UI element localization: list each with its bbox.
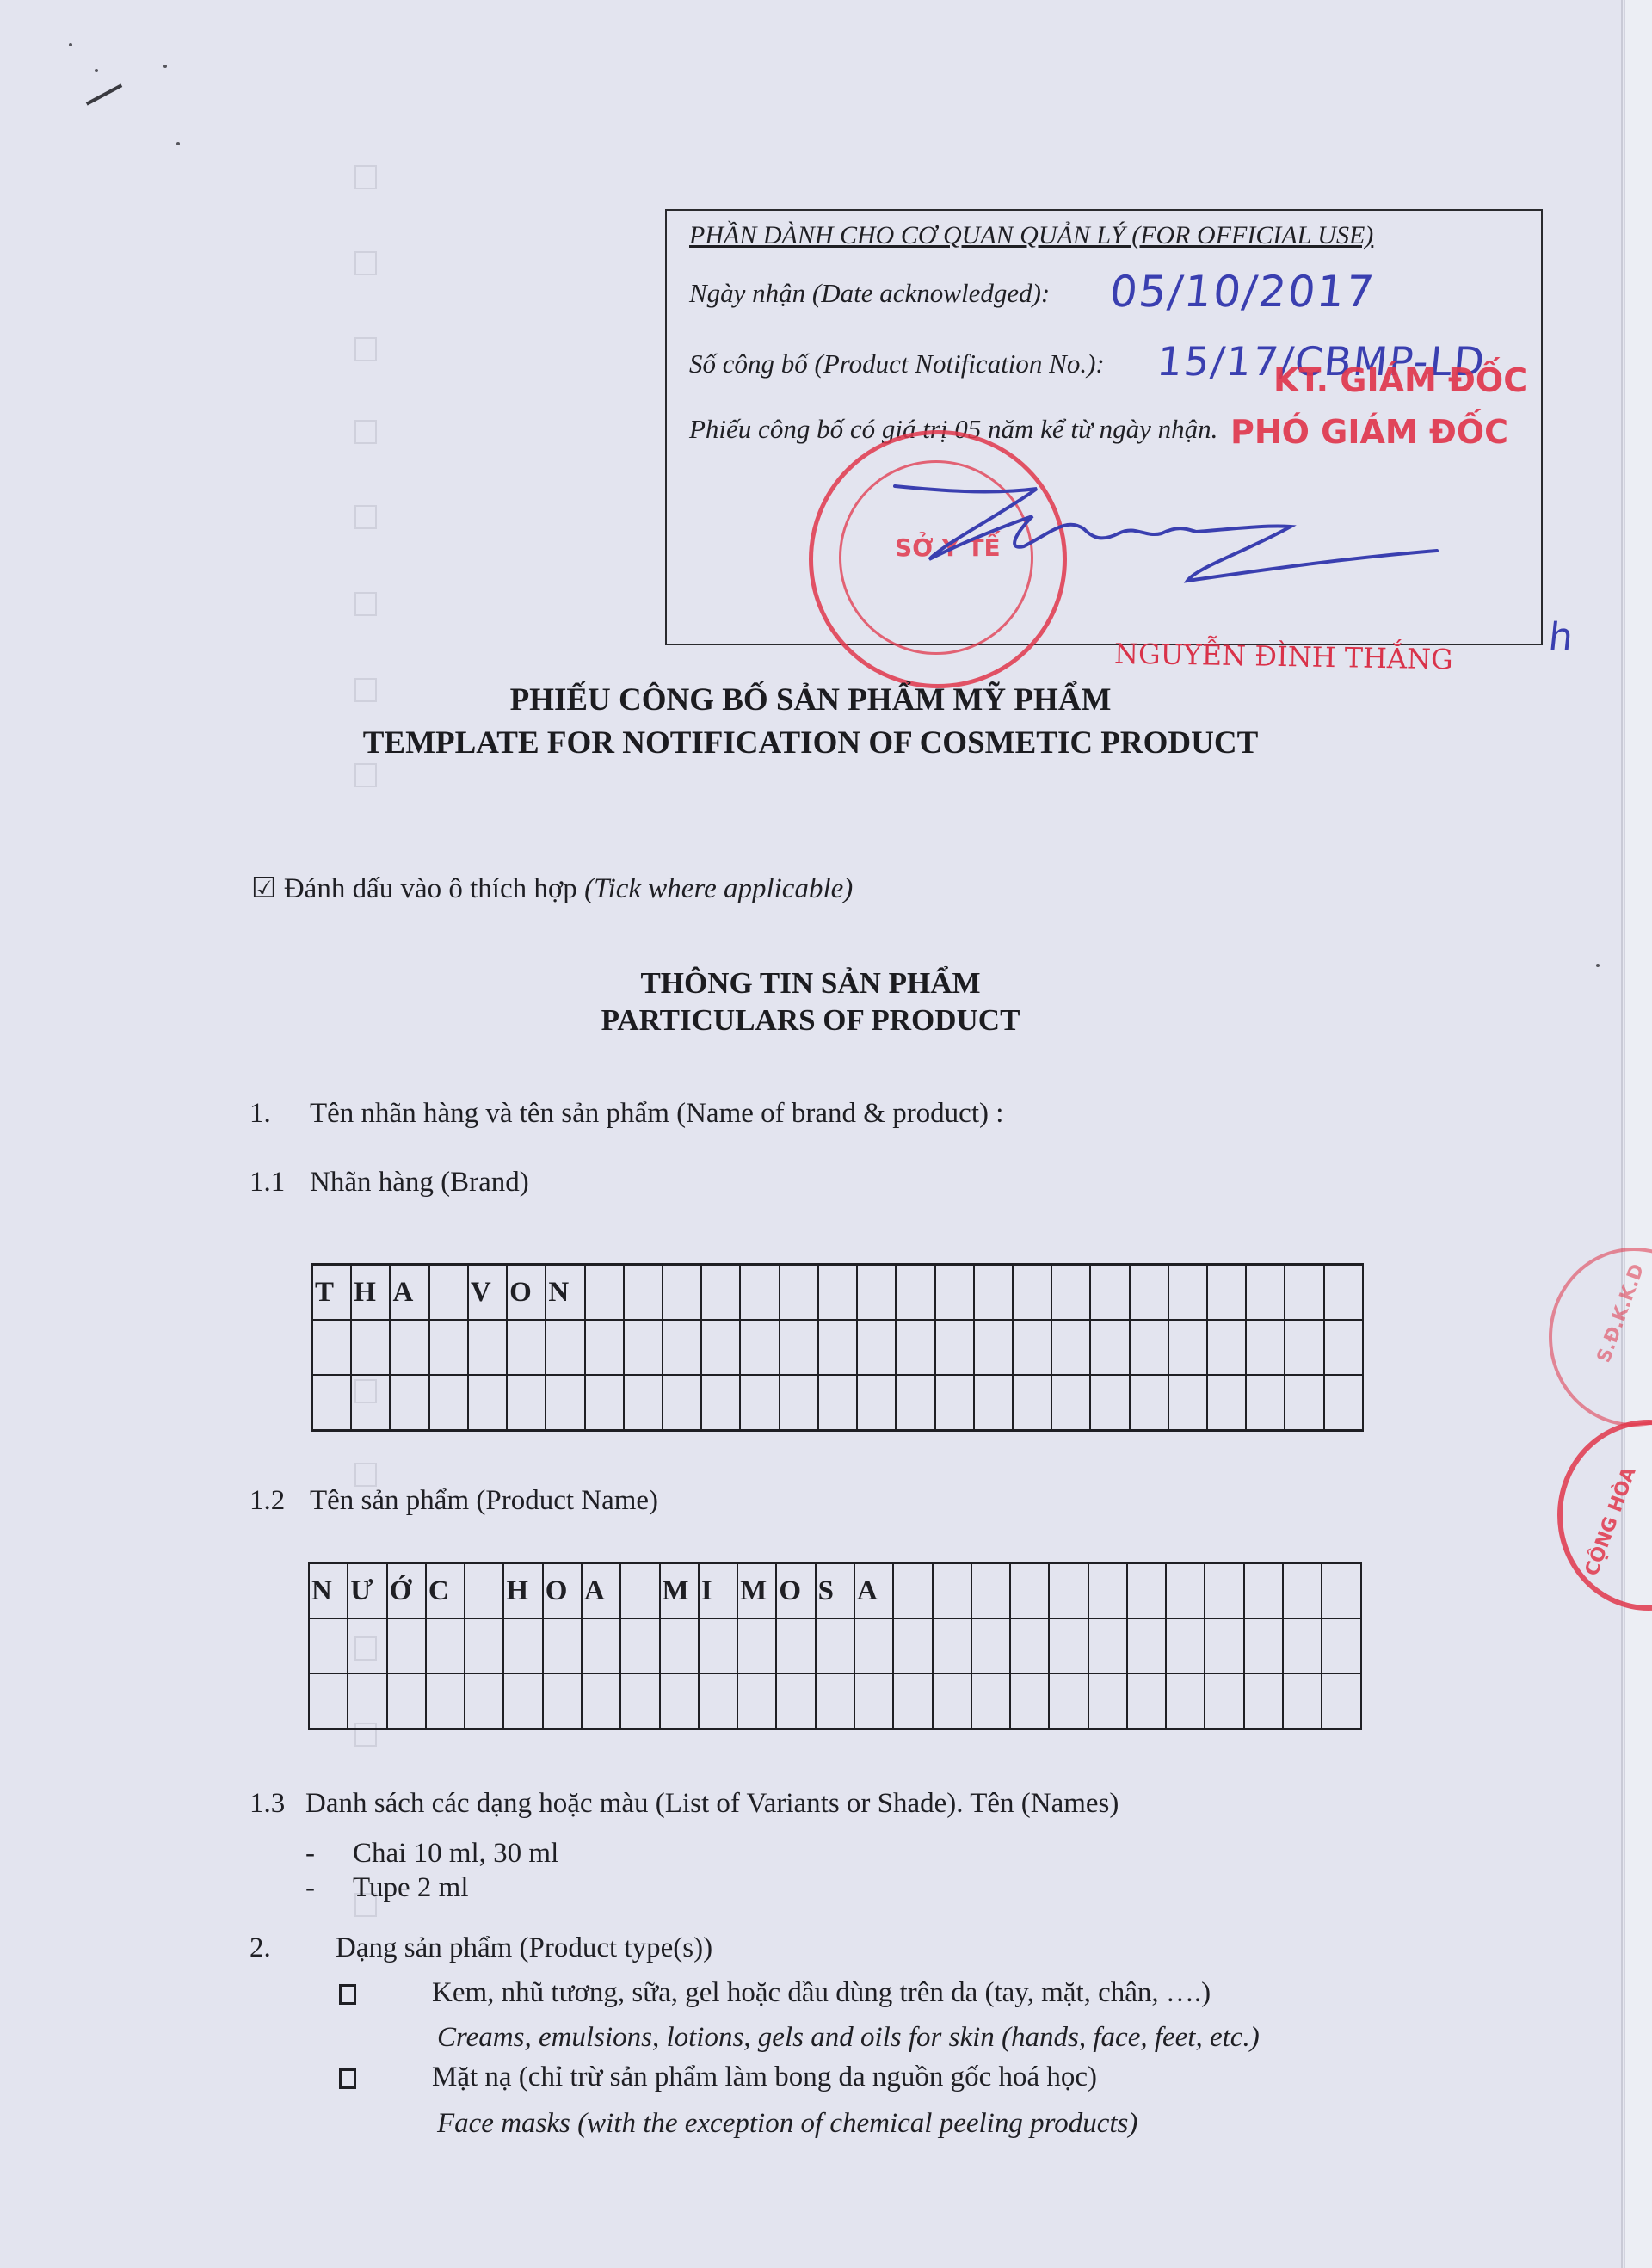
product-grid-cell[interactable] (426, 1618, 465, 1673)
item-1-1-number: 1.1 (250, 1167, 285, 1199)
brand-grid-cell[interactable] (1090, 1265, 1129, 1321)
margin-initial: h (1546, 615, 1576, 659)
brand-grid-cell[interactable] (974, 1265, 1013, 1321)
brand-grid-cell[interactable] (1207, 1265, 1246, 1321)
brand-grid-cell[interactable] (974, 1320, 1013, 1375)
product-grid-cell[interactable]: H (503, 1563, 542, 1619)
brand-grid-cell[interactable] (701, 1375, 740, 1431)
item-1-2-label: Tên sản phẩm (Product Name) (310, 1485, 658, 1517)
date-acknowledged-label: Ngày nhận (Date acknowledged): (689, 278, 1050, 309)
product-grid-cell[interactable]: Ớ (387, 1563, 426, 1619)
product-grid-cell[interactable] (933, 1618, 971, 1673)
product-grid-cell[interactable] (348, 1673, 386, 1729)
product-grid-cell[interactable] (854, 1673, 893, 1729)
product-grid-cell[interactable] (1322, 1673, 1361, 1729)
brand-grid-cell[interactable]: N (546, 1265, 584, 1321)
page-edge (1624, 0, 1652, 2268)
brand-grid-cell[interactable] (857, 1265, 896, 1321)
item-1-label: Tên nhãn hàng và tên sản phẩm (Name of b… (310, 1098, 1003, 1130)
brand-grid-cell[interactable] (1246, 1265, 1285, 1321)
product-grid-cell[interactable]: O (543, 1563, 582, 1619)
brand-grid-cell[interactable] (896, 1265, 934, 1321)
brand-grid-cell[interactable] (585, 1375, 624, 1431)
brand-grid-cell[interactable] (507, 1375, 546, 1431)
product-grid-cell[interactable] (543, 1618, 582, 1673)
product-grid-cell[interactable] (660, 1618, 699, 1673)
item-1-1-label: Nhãn hàng (Brand) (310, 1167, 529, 1199)
official-use-heading: PHẦN DÀNH CHO CƠ QUAN QUẢN LÝ (FOR OFFIC… (689, 221, 1373, 250)
product-grid-cell[interactable] (620, 1618, 659, 1673)
product-grid-cell[interactable]: A (854, 1563, 893, 1619)
product-grid-cell[interactable] (620, 1563, 659, 1619)
brand-grid-cell[interactable] (1285, 1375, 1323, 1431)
tick-note-en: (Tick where applicable) (584, 873, 853, 904)
brand-grid-cell[interactable] (390, 1320, 428, 1375)
product-grid-cell[interactable] (1283, 1673, 1322, 1729)
brand-grid-cell[interactable] (857, 1375, 896, 1431)
brand-grid-cell[interactable] (740, 1265, 779, 1321)
brand-grid-cell[interactable]: H (351, 1265, 390, 1321)
product-grid-cell[interactable] (1205, 1618, 1243, 1673)
brand-grid-cell[interactable] (1130, 1265, 1168, 1321)
brand-grid-cell[interactable] (780, 1320, 818, 1375)
brand-grid-cell[interactable] (857, 1320, 896, 1375)
product-grid-row (309, 1673, 1361, 1729)
item-2-number: 2. (250, 1932, 271, 1964)
product-grid-cell[interactable]: A (582, 1563, 620, 1619)
item-1-3-label: Danh sách các dạng hoặc màu (List of Var… (305, 1788, 1119, 1820)
brand-grid-cell[interactable] (780, 1265, 818, 1321)
brand-grid-cell[interactable] (507, 1320, 546, 1375)
product-grid-cell[interactable] (348, 1618, 386, 1673)
item-2-label: Dạng sản phẩm (Product type(s)) (336, 1932, 712, 1964)
product-grid-cell[interactable] (503, 1618, 542, 1673)
product-grid-cell[interactable] (465, 1673, 503, 1729)
brand-grid-cell[interactable] (780, 1375, 818, 1431)
product-grid-cell[interactable] (1244, 1618, 1283, 1673)
brand-grid-cell[interactable] (663, 1320, 701, 1375)
product-grid-cell[interactable] (776, 1618, 815, 1673)
brand-grid-cell[interactable] (1130, 1375, 1168, 1431)
item-1-2-number: 1.2 (250, 1485, 285, 1517)
brand-grid-cell[interactable]: T (312, 1265, 351, 1321)
product-grid-cell[interactable] (1088, 1618, 1127, 1673)
brand-name-grid[interactable]: THAVON (311, 1263, 1364, 1432)
product-grid-cell[interactable]: M (660, 1563, 699, 1619)
signatory-name: NGUYỄN ĐÌNH THẮNG (1114, 638, 1453, 676)
brand-grid-cell[interactable] (1207, 1320, 1246, 1375)
product-grid-cell[interactable]: C (426, 1563, 465, 1619)
product-grid-cell[interactable] (933, 1673, 971, 1729)
brand-grid-row: THAVON (312, 1265, 1363, 1321)
product-grid-cell[interactable] (582, 1673, 620, 1729)
product-grid-cell[interactable] (1088, 1563, 1127, 1619)
product-grid-cell[interactable] (1283, 1563, 1322, 1619)
punch-dot (163, 65, 167, 68)
brand-grid-row (312, 1375, 1363, 1431)
brand-grid-cell[interactable] (585, 1320, 624, 1375)
product-grid-cell[interactable] (776, 1673, 815, 1729)
brand-grid-cell[interactable] (1324, 1375, 1363, 1431)
product-name-grid[interactable]: NƯỚCHOAMIMOSA (308, 1562, 1362, 1730)
brand-grid-cell[interactable] (429, 1265, 468, 1321)
brand-grid-cell[interactable] (663, 1265, 701, 1321)
brand-grid-cell[interactable]: O (507, 1265, 546, 1321)
product-grid-cell[interactable] (1127, 1618, 1166, 1673)
variant-item: Chai 10 ml, 30 ml (353, 1838, 558, 1870)
brand-grid-cell[interactable] (818, 1265, 857, 1321)
brand-grid-cell[interactable] (1246, 1375, 1285, 1431)
brand-grid-row (312, 1320, 1363, 1375)
product-type-checkbox-face-masks[interactable] (339, 2068, 356, 2089)
product-grid-cell[interactable] (699, 1618, 737, 1673)
brand-grid-cell[interactable] (546, 1375, 584, 1431)
brand-grid-cell[interactable] (896, 1320, 934, 1375)
product-type-checkbox-creams[interactable] (339, 1984, 356, 2005)
brand-grid-cell[interactable] (1246, 1320, 1285, 1375)
product-grid-cell[interactable] (1049, 1563, 1088, 1619)
punch-dot (176, 142, 180, 145)
product-grid-cell[interactable] (1322, 1563, 1361, 1619)
product-grid-cell[interactable] (1127, 1673, 1166, 1729)
brand-grid-cell[interactable] (1324, 1265, 1363, 1321)
product-grid-cell[interactable] (465, 1563, 503, 1619)
product-grid-cell[interactable] (620, 1673, 659, 1729)
product-grid-cell[interactable] (933, 1563, 971, 1619)
variant-bullet: - (305, 1872, 315, 1904)
brand-grid-cell[interactable] (1013, 1320, 1051, 1375)
product-grid-cell[interactable]: M (737, 1563, 776, 1619)
product-grid-cell[interactable] (503, 1673, 542, 1729)
brand-grid-cell[interactable] (935, 1320, 974, 1375)
brand-grid-cell[interactable] (818, 1320, 857, 1375)
signatory-title-deputy: PHÓ GIÁM ĐỐC (1230, 413, 1508, 451)
brand-grid-cell[interactable] (1130, 1320, 1168, 1375)
product-grid-cell[interactable] (426, 1673, 465, 1729)
brand-grid-cell[interactable] (546, 1320, 584, 1375)
product-grid-cell[interactable] (893, 1618, 932, 1673)
product-grid-cell[interactable] (1088, 1673, 1127, 1729)
product-grid-cell[interactable] (387, 1673, 426, 1729)
section-heading-en: PARTICULARS OF PRODUCT (0, 1003, 1621, 1038)
product-grid-cell[interactable] (660, 1673, 699, 1729)
tick-note: ☑ Đánh dấu vào ô thích hợp (Tick where a… (251, 871, 853, 905)
brand-grid-cell[interactable] (1013, 1375, 1051, 1431)
brand-grid-cell[interactable] (351, 1375, 390, 1431)
brand-grid-cell[interactable] (585, 1265, 624, 1321)
brand-grid-cell[interactable] (468, 1320, 507, 1375)
product-grid-cell[interactable] (854, 1618, 893, 1673)
product-grid-cell[interactable] (582, 1618, 620, 1673)
product-grid-cell[interactable] (309, 1618, 348, 1673)
product-grid-cell[interactable] (543, 1673, 582, 1729)
brand-grid-cell[interactable] (1285, 1320, 1323, 1375)
signatory-title-kt: KT. GIÁM ĐỐC (1273, 361, 1527, 399)
brand-grid-cell[interactable] (1090, 1320, 1129, 1375)
tick-note-vi: Đánh dấu vào ô thích hợp (284, 873, 577, 904)
form-title-en: TEMPLATE FOR NOTIFICATION OF COSMETIC PR… (0, 724, 1621, 761)
product-grid-cell[interactable] (1010, 1563, 1049, 1619)
product-grid-cell[interactable] (309, 1673, 348, 1729)
product-type-masks-en: Face masks (with the exception of chemic… (437, 2108, 1137, 2140)
product-grid-row: NƯỚCHOAMIMOSA (309, 1563, 1361, 1619)
brand-grid-cell[interactable] (1090, 1375, 1129, 1431)
brand-grid-cell[interactable]: A (390, 1265, 428, 1321)
brand-grid-cell[interactable] (701, 1265, 740, 1321)
product-type-creams-en: Creams, emulsions, lotions, gels and oil… (437, 2022, 1260, 2054)
brand-grid-cell[interactable] (624, 1265, 663, 1321)
product-grid-cell[interactable] (1166, 1618, 1205, 1673)
brand-grid-cell[interactable] (624, 1375, 663, 1431)
brand-grid-cell[interactable] (1051, 1265, 1090, 1321)
variant-item: Tupe 2 ml (353, 1872, 468, 1904)
brand-grid-cell[interactable] (312, 1375, 351, 1431)
product-grid-cell[interactable] (387, 1618, 426, 1673)
product-grid-cell[interactable] (737, 1618, 776, 1673)
brand-grid-cell[interactable] (818, 1375, 857, 1431)
brand-grid-cell[interactable] (624, 1320, 663, 1375)
product-grid-cell[interactable] (893, 1563, 932, 1619)
product-grid-cell[interactable] (737, 1673, 776, 1729)
product-grid-cell[interactable] (816, 1618, 854, 1673)
product-grid-cell[interactable] (1322, 1618, 1361, 1673)
product-grid-cell[interactable] (971, 1673, 1010, 1729)
brand-grid-cell[interactable] (1168, 1375, 1207, 1431)
product-grid-cell[interactable] (465, 1618, 503, 1673)
product-grid-cell[interactable] (1010, 1618, 1049, 1673)
checkbox-checked-icon: ☑ (251, 873, 277, 904)
product-type-masks-vi: Mặt nạ (chỉ trừ sản phẩm làm bong da ngu… (432, 2062, 1097, 2093)
product-grid-cell[interactable]: Ư (348, 1563, 386, 1619)
brand-grid-cell[interactable]: V (468, 1265, 507, 1321)
product-grid-cell[interactable] (1244, 1673, 1283, 1729)
brand-grid-cell[interactable] (1013, 1265, 1051, 1321)
signature (886, 465, 1471, 602)
product-grid-cell[interactable] (1049, 1618, 1088, 1673)
section-heading-vi: THÔNG TIN SẢN PHẨM (0, 966, 1621, 1001)
punch-dot (95, 69, 98, 72)
brand-grid-cell[interactable] (390, 1375, 428, 1431)
product-grid-cell[interactable] (1283, 1618, 1322, 1673)
product-grid-cell[interactable] (971, 1618, 1010, 1673)
brand-grid-cell[interactable] (429, 1320, 468, 1375)
product-grid-cell[interactable] (816, 1673, 854, 1729)
product-grid-cell[interactable] (1166, 1563, 1205, 1619)
brand-grid-cell[interactable] (312, 1320, 351, 1375)
brand-grid-cell[interactable] (935, 1265, 974, 1321)
product-grid-cell[interactable] (1205, 1673, 1243, 1729)
product-grid-cell[interactable]: O (776, 1563, 815, 1619)
brand-grid-cell[interactable] (1168, 1320, 1207, 1375)
brand-grid-cell[interactable] (1168, 1265, 1207, 1321)
brand-grid-cell[interactable] (1285, 1265, 1323, 1321)
product-grid-row (309, 1618, 1361, 1673)
product-grid-cell[interactable]: I (699, 1563, 737, 1619)
product-grid-cell[interactable] (1166, 1673, 1205, 1729)
punch-dot (69, 43, 72, 46)
form-title-vi: PHIẾU CÔNG BỐ SẢN PHẨM MỸ PHẨM (0, 681, 1621, 718)
product-grid-cell[interactable] (1205, 1563, 1243, 1619)
brand-grid-cell[interactable] (429, 1375, 468, 1431)
notification-number-label: Số công bố (Product Notification No.): (689, 348, 1105, 379)
item-1-number: 1. (250, 1098, 271, 1130)
brand-grid-cell[interactable] (468, 1375, 507, 1431)
brand-grid-cell[interactable] (740, 1320, 779, 1375)
brand-grid-cell[interactable] (740, 1375, 779, 1431)
item-1-3-number: 1.3 (250, 1788, 285, 1820)
brand-grid-cell[interactable] (663, 1375, 701, 1431)
variant-bullet: - (305, 1838, 315, 1870)
date-acknowledged-value: 05/10/2017 (1107, 267, 1378, 317)
brand-grid-cell[interactable] (1324, 1320, 1363, 1375)
brand-grid-cell[interactable] (351, 1320, 390, 1375)
brand-grid-cell[interactable] (1207, 1375, 1246, 1431)
product-grid-cell[interactable] (1010, 1673, 1049, 1729)
brand-grid-cell[interactable] (1051, 1320, 1090, 1375)
brand-grid-cell[interactable] (1051, 1375, 1090, 1431)
product-grid-cell[interactable]: N (309, 1563, 348, 1619)
product-grid-cell[interactable] (699, 1673, 737, 1729)
brand-grid-cell[interactable] (701, 1320, 740, 1375)
product-grid-cell[interactable] (893, 1673, 932, 1729)
product-grid-cell[interactable] (1244, 1563, 1283, 1619)
product-type-creams-vi: Kem, nhũ tương, sữa, gel hoặc dầu dùng t… (432, 1977, 1211, 2009)
product-grid-cell[interactable]: S (816, 1563, 854, 1619)
product-grid-cell[interactable] (1049, 1673, 1088, 1729)
product-grid-cell[interactable] (1127, 1563, 1166, 1619)
brand-grid-cell[interactable] (974, 1375, 1013, 1431)
product-grid-cell[interactable] (971, 1563, 1010, 1619)
brand-grid-cell[interactable] (896, 1375, 934, 1431)
brand-grid-cell[interactable] (935, 1375, 974, 1431)
